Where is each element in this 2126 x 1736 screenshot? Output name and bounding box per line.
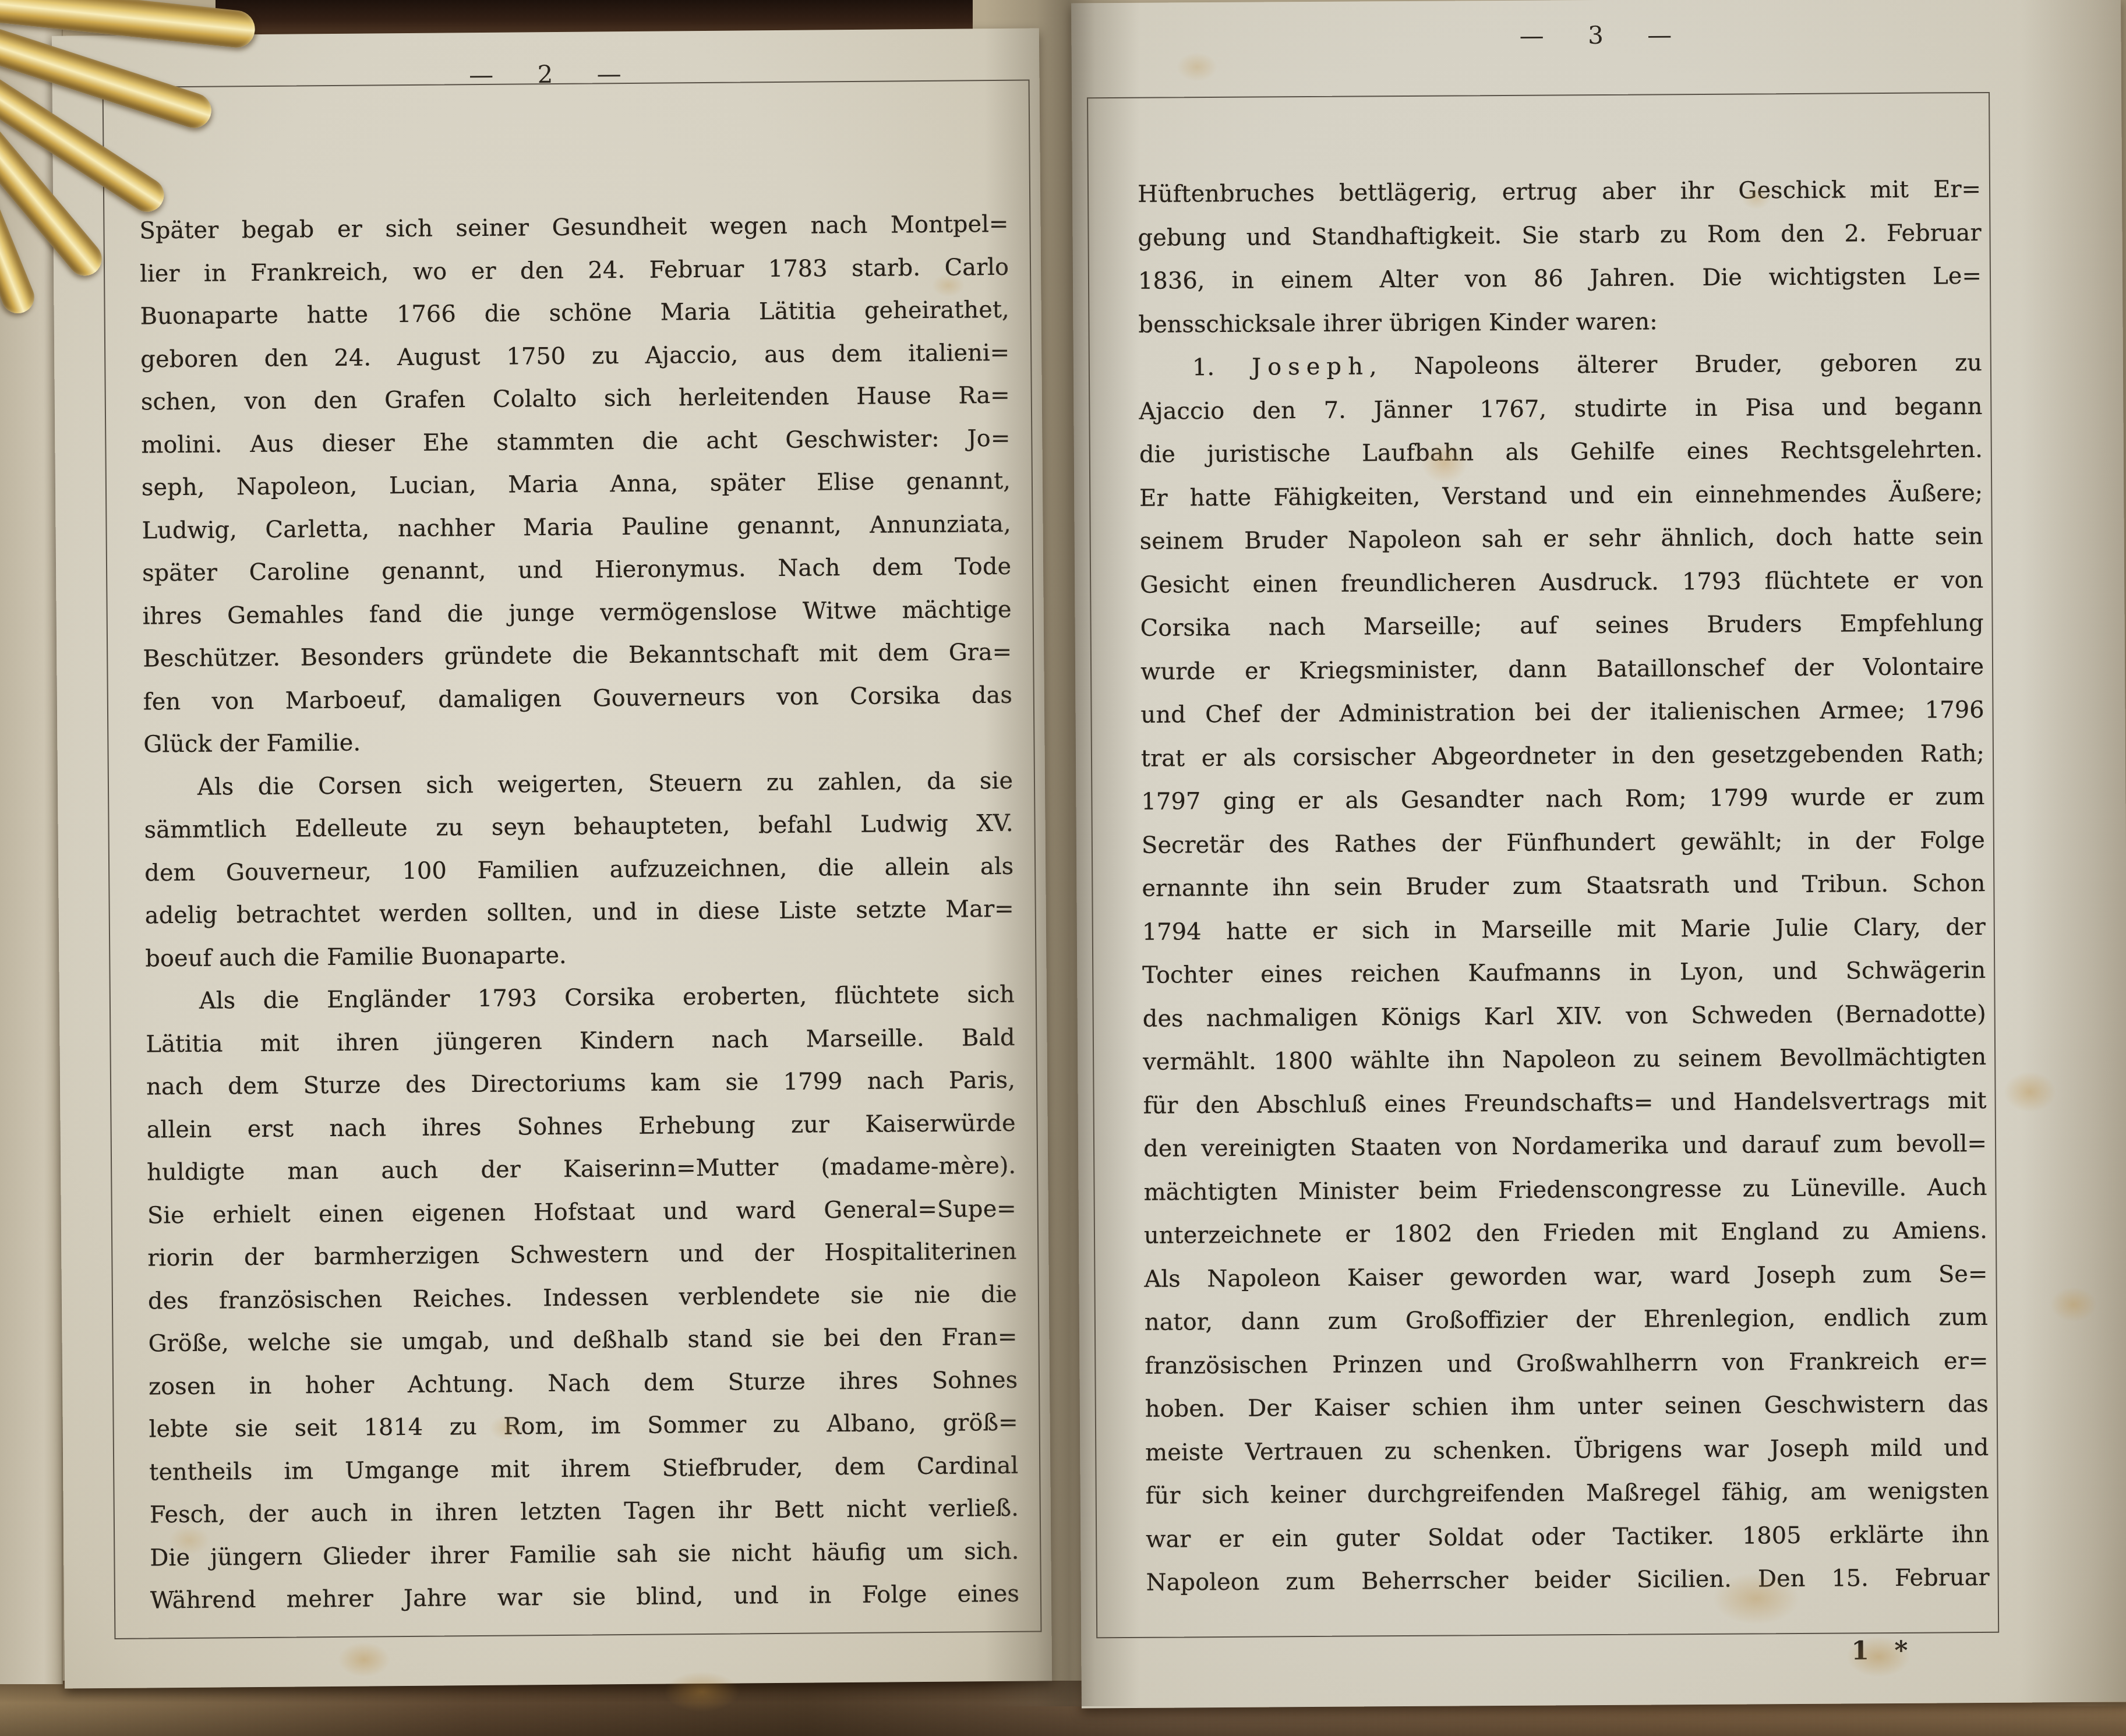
text-line: Als die Engländer 1793 Corsika eroberten… — [146, 974, 1015, 1023]
text-line: unterzeichnete er 1802 den Frieden mit E… — [1144, 1209, 1987, 1257]
list-item-rest: , Napoleons älterer Bruder, geboren zu — [1369, 349, 1982, 380]
text-line: mächtigten Minister beim Friedenscongres… — [1143, 1165, 1987, 1214]
text-line: Sie erhielt einen eigenen Hofstaat und w… — [147, 1187, 1017, 1237]
text-line: Hüftenbruches bettlägerig, ertrug aber i… — [1138, 168, 1981, 216]
page-left: — 2 — Später begab er sich seiner Gesund… — [52, 28, 1052, 1688]
text-line: Beschützer. Besonders gründete die Bekan… — [143, 631, 1012, 681]
text-line: meiste Vertrauen zu schenken. Übrigens w… — [1145, 1426, 1989, 1474]
text-line: des nachmaligen Königs Karl XIV. von Sch… — [1143, 992, 1986, 1040]
text-line: Corsika nach Marseille; auf seines Brude… — [1140, 602, 1983, 650]
text-line: boeuf auch die Familie Buonaparte. — [145, 931, 1015, 980]
text-line: bensschicksale ihrer übrigen Kinder ware… — [1138, 298, 1982, 346]
text-line: seph, Napoleon, Lucian, Maria Anna, spät… — [142, 460, 1011, 510]
text-line: lebte sie seit 1814 zu Rom, im Sommer zu… — [149, 1402, 1018, 1451]
text-line: seinem Bruder Napoleon sah er sehr ähnli… — [1139, 515, 1983, 563]
signature-mark: 1 * — [1851, 1636, 1916, 1666]
page-left-text-block: Später begab er sich seiner Gesundheit w… — [139, 203, 1019, 1622]
text-line: tentheils im Umgange mit ihrem Stiefbrud… — [149, 1444, 1019, 1494]
text-line: hoben. Der Kaiser schien ihm unter seine… — [1145, 1383, 1989, 1431]
text-line: schen, von den Grafen Colalto sich herle… — [141, 374, 1011, 424]
text-line: für den Abschluß eines Freundschafts= un… — [1143, 1079, 1986, 1127]
page-number-right: — 3 — — [1071, 18, 2121, 53]
text-line: später Caroline genannt, und Hieronymus.… — [142, 546, 1012, 595]
text-line: für sich keiner durchgreifenden Maßregel… — [1146, 1469, 1989, 1518]
page-right-text-block: Hüftenbruches bettlägerig, ertrug aber i… — [1138, 168, 1990, 1604]
text-line: ernannte ihn sein Bruder zum Staatsrath … — [1142, 862, 1985, 910]
text-line: dem Gouverneur, 100 Familien aufzuzeichn… — [144, 845, 1014, 894]
text-line: war er ein guter Soldat oder Tactiker. 1… — [1146, 1512, 1989, 1561]
text-line: den vereinigten Staaten von Nordamerika … — [1143, 1122, 1987, 1171]
open-book-photo: — 2 — Später begab er sich seiner Gesund… — [0, 0, 2126, 1736]
text-line: Später begab er sich seiner Gesundheit w… — [139, 203, 1009, 253]
text-line: des französischen Reiches. Indessen verb… — [148, 1273, 1018, 1323]
text-line: adelig betrachtet werden sollten, und in… — [144, 888, 1014, 938]
text-line: 1797 ging er als Gesandter nach Rom; 179… — [1141, 775, 1984, 823]
text-line: Tochter eines reichen Kaufmanns in Lyon,… — [1142, 949, 1986, 997]
text-line: ihres Gemahles fand die junge vermögensl… — [142, 588, 1012, 638]
text-line: molini. Aus dieser Ehe stammten die acht… — [141, 417, 1011, 466]
text-line: allein erst nach ihres Sohnes Erhebung z… — [146, 1102, 1016, 1151]
text-line: Größe, welche sie umgab, und deßhalb sta… — [148, 1316, 1018, 1366]
text-line: Als Napoleon Kaiser geworden war, ward J… — [1144, 1252, 1987, 1300]
text-line: fen von Marboeuf, damaligen Gouverneurs … — [143, 674, 1013, 723]
text-line: gebung und Standhaftigkeit. Sie starb zu… — [1138, 211, 1981, 259]
text-line: Er hatte Fähigkeiten, Verstand und ein e… — [1139, 471, 1983, 519]
text-line: Als die Corsen sich weigerten, Steuern z… — [144, 759, 1013, 809]
text-line: Buonaparte hatte 1766 die schöne Maria L… — [140, 289, 1009, 338]
text-line: Secretär des Rathes der Fünfhundert gewä… — [1142, 818, 1985, 867]
text-line: sämmtlich Edelleute zu seyn behaupteten,… — [144, 802, 1013, 852]
person-name-spaced: Joseph — [1252, 353, 1369, 380]
text-line: Während mehrer Jahre war sie blind, und … — [150, 1573, 1020, 1622]
text-line: trat er als corsischer Abgeordneter in d… — [1141, 731, 1984, 780]
text-line: huldigte man auch der Kaiserinn=Mutter (… — [147, 1145, 1016, 1194]
text-line: und Chef der Administration bei der ital… — [1140, 688, 1984, 737]
text-line: nator, dann zum Großoffizier der Ehrenle… — [1145, 1296, 1988, 1344]
page-right: — 3 — Hüftenbruches bettlägerig, ertrug … — [1071, 0, 2126, 1708]
text-line: 1836, in einem Alter von 86 Jahren. Die … — [1138, 254, 1982, 303]
text-line: Napoleon zum Beherrscher beider Sicilien… — [1146, 1556, 1989, 1604]
text-line: vermählt. 1800 wählte ihn Napoleon zu se… — [1143, 1035, 1986, 1084]
text-line: Glück der Familie. — [143, 717, 1013, 766]
text-line: lier in Frankreich, wo er den 24. Februa… — [140, 246, 1009, 295]
text-line: riorin der barmherzigen Schwestern und d… — [147, 1231, 1017, 1280]
text-line: Fesch, der auch in ihren letzten Tagen i… — [150, 1487, 1019, 1537]
text-line: Die jüngern Glieder ihrer Familie sah si… — [150, 1530, 1019, 1579]
text-line: wurde er Kriegsminister, dann Bataillons… — [1140, 645, 1984, 693]
text-line-joseph-heading: 1. Joseph, Napoleons älterer Bruder, geb… — [1139, 341, 1982, 390]
list-item-number: 1. — [1192, 354, 1214, 381]
text-line: geboren den 24. August 1750 zu Ajaccio, … — [140, 331, 1010, 381]
text-line: französischen Prinzen und Großwahlherrn … — [1145, 1339, 1988, 1387]
text-line: 1794 hatte er sich in Marseille mit Mari… — [1142, 905, 1986, 953]
text-line: nach dem Sturze des Directoriums kam sie… — [146, 1059, 1016, 1109]
text-line: Ludwig, Carletta, nachher Maria Pauline … — [142, 503, 1011, 552]
text-line: Ajaccio den 7. Jänner 1767, studirte in … — [1139, 384, 1982, 433]
text-line: Lätitia mit ihren jüngeren Kindern nach … — [146, 1016, 1015, 1066]
text-line: zosen in hoher Achtung. Nach dem Sturze … — [149, 1359, 1018, 1408]
text-line: Gesicht einen freundlicheren Ausdruck. 1… — [1140, 558, 1983, 606]
text-line: die juristische Laufbahn als Gehilfe ein… — [1139, 428, 1983, 476]
